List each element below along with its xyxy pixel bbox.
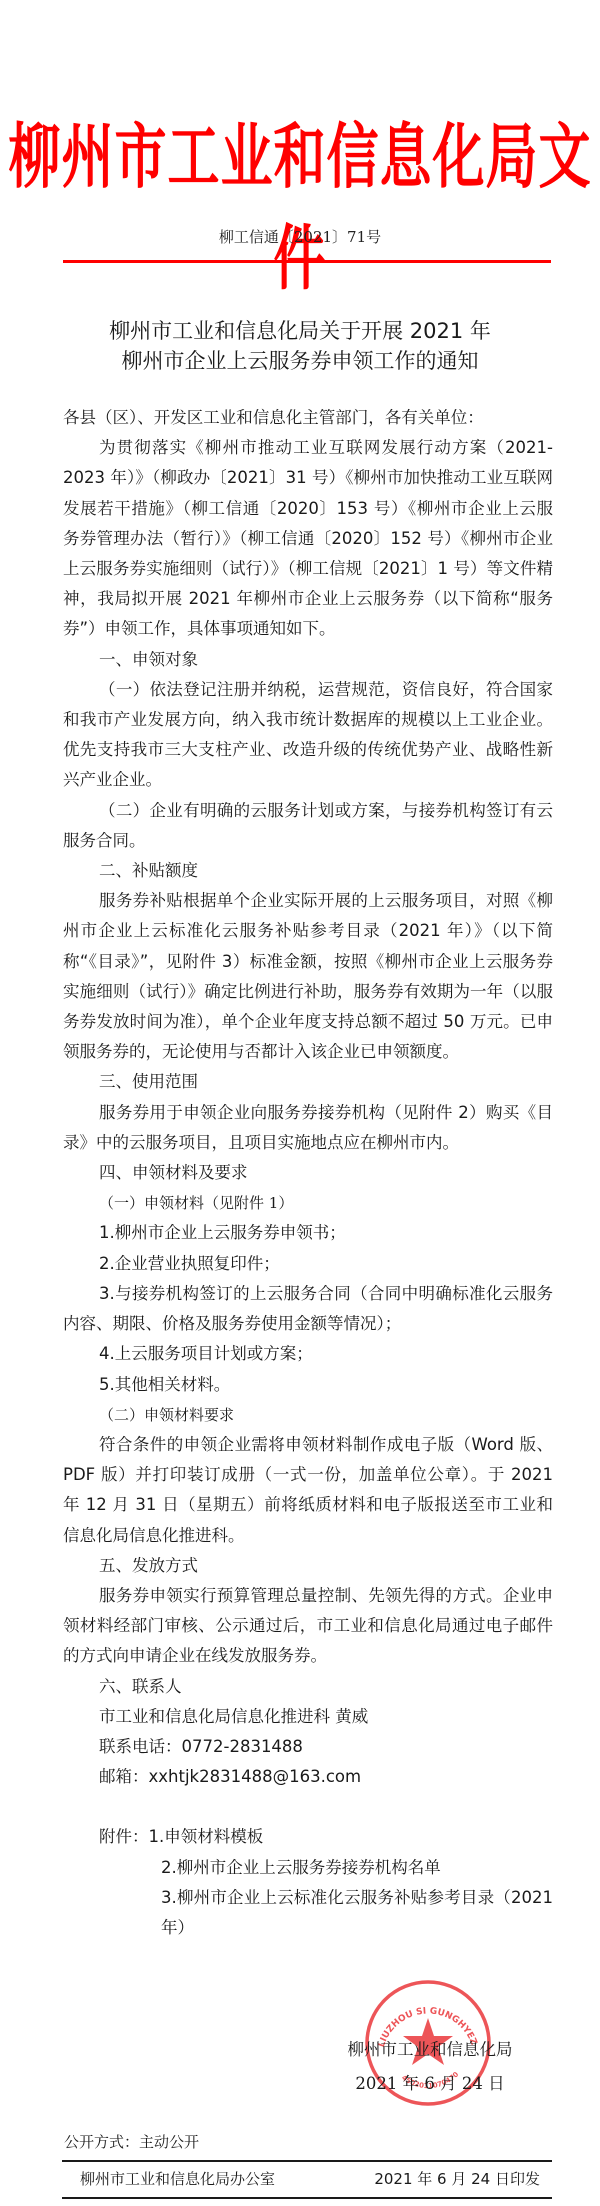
document-page: 柳州市工业和信息化局文件 柳工信通〔2021〕71号 柳州市工业和信息化局关于开… bbox=[0, 0, 600, 2206]
material-item-1: 1.柳州市企业上云服务券申领书； bbox=[63, 1218, 553, 1248]
material-item-3: 3.与接券机构签订的上云服务合同（合同中明确标准化云服务内容、期限、价格及服务券… bbox=[63, 1279, 553, 1339]
disclosure-method: 公开方式：主动公开 bbox=[64, 2131, 199, 2152]
title-line-1: 柳州市工业和信息化局关于开展 2021 年 bbox=[0, 316, 600, 346]
material-item-4: 4.上云服务项目计划或方案； bbox=[63, 1339, 553, 1369]
contact-department: 市工业和信息化局信息化推进科 黄威 bbox=[63, 1702, 553, 1732]
contact-phone: 联系电话：0772-2831488 bbox=[63, 1732, 553, 1762]
signature-organization: 柳州市工业和信息化局 bbox=[330, 2036, 530, 2060]
section-heading-2: 二、补贴额度 bbox=[63, 856, 553, 886]
requirements-paragraph: 符合条件的申领企业需将申领材料制作成电子版（Word 版、PDF 版）并打印装订… bbox=[63, 1430, 553, 1551]
intro-paragraph: 为贯彻落实《柳州市推动工业互联网发展行动方案（2021-2023 年）》（柳政办… bbox=[63, 433, 553, 644]
document-number: 柳工信通〔2021〕71号 bbox=[0, 226, 600, 247]
section-2-paragraph: 服务券补贴根据单个企业实际开展的上云服务项目，对照《柳州市企业上云标准化云服务补… bbox=[63, 886, 553, 1067]
section-heading-6: 六、联系人 bbox=[63, 1672, 553, 1702]
title-line-2: 柳州市企业上云服务券申领工作的通知 bbox=[0, 346, 600, 376]
blank-line bbox=[63, 1792, 553, 1822]
attachment-item-3: 3.柳州市企业上云标准化云服务补贴参考目录（2021 年） bbox=[63, 1883, 553, 1943]
signature-date: 2021 年 6 月 24 日 bbox=[330, 2070, 530, 2094]
section-1-paragraph-2: （二）企业有明确的云服务计划或方案，与接券机构签订有云服务合同。 bbox=[63, 796, 553, 856]
salutation: 各县（区）、开发区工业和信息化主管部门，各有关单位： bbox=[63, 403, 553, 433]
red-divider bbox=[63, 260, 551, 263]
section-1-paragraph-1: （一）依法登记注册并纳税，运营规范，资信良好，符合国家和我市产业发展方向，纳入我… bbox=[63, 675, 553, 796]
notice-title: 柳州市工业和信息化局关于开展 2021 年 柳州市企业上云服务券申领工作的通知 bbox=[0, 316, 600, 376]
issuing-office: 柳州市工业和信息化局办公室 bbox=[80, 2168, 275, 2189]
footer-rule-bottom bbox=[62, 2197, 552, 2199]
footer-rule-top bbox=[62, 2160, 552, 2162]
contact-email: 邮箱：xxhtjk2831488@163.com bbox=[63, 1762, 553, 1792]
section-heading-1: 一、申领对象 bbox=[63, 645, 553, 675]
section-5-paragraph: 服务券申领实行预算管理总量控制、先领先得的方式。企业申领材料经部门审核、公示通过… bbox=[63, 1581, 553, 1672]
section-3-paragraph: 服务券用于申领企业向服务券接券机构（见附件 2）购买《目录》中的云服务项目，且项… bbox=[63, 1098, 553, 1158]
document-body: 各县（区）、开发区工业和信息化主管部门，各有关单位： 为贯彻落实《柳州市推动工业… bbox=[63, 403, 553, 1943]
issue-date: 2021 年 6 月 24 日印发 bbox=[374, 2168, 540, 2189]
subheading-requirements: （二）申领材料要求 bbox=[63, 1400, 553, 1430]
material-item-2: 2.企业营业执照复印件； bbox=[63, 1249, 553, 1279]
attachment-item-2: 2.柳州市企业上云服务券接券机构名单 bbox=[63, 1853, 553, 1883]
subheading-materials: （一）申领材料（见附件 1） bbox=[63, 1188, 553, 1218]
section-heading-3: 三、使用范围 bbox=[63, 1067, 553, 1097]
attachment-item-1: 附件：1.申领材料模板 bbox=[63, 1822, 553, 1852]
material-item-5: 5.其他相关材料。 bbox=[63, 1370, 553, 1400]
section-heading-5: 五、发放方式 bbox=[63, 1551, 553, 1581]
masthead-title: 柳州市工业和信息化局文件 bbox=[0, 100, 600, 303]
section-heading-4: 四、申领材料及要求 bbox=[63, 1158, 553, 1188]
